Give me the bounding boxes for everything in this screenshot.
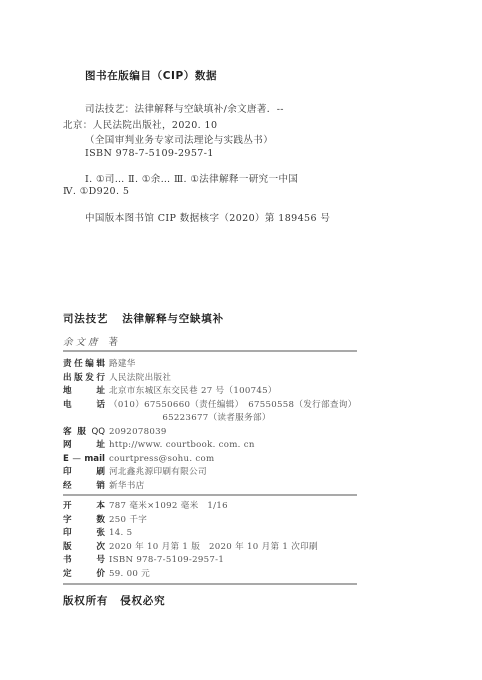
spec-label: 开本 (63, 500, 105, 513)
info-value: 2092078039 (109, 426, 167, 439)
author-line: 余文唐著 (63, 334, 121, 348)
website-link[interactable]: http://www. courtbook. com. cn (109, 439, 255, 452)
copyright-notice: 版权所有侵权必究 (63, 593, 165, 608)
info-value: （010）67550660（责任编辑） 67550558（发行部查询） (109, 399, 357, 412)
divider-3 (63, 583, 357, 585)
info-value: 人民法院出版社 (109, 372, 171, 385)
spec-label: 版次 (63, 541, 105, 554)
spec-value: ISBN 978-7-5109-2957-1 (109, 554, 224, 567)
divider-2 (63, 494, 357, 496)
spec-label: 印张 (63, 527, 105, 540)
cip-heading: 图书在版编目（CIP）数据 (85, 68, 217, 83)
info-label: 经销 (63, 480, 105, 493)
cip-line-1: 司法技艺：法律解释与空缺填补/余文唐著．-- (85, 101, 284, 115)
cip-classification-2: Ⅳ. ①D920. 5 (63, 186, 129, 197)
spec-value: 59. 00 元 (109, 568, 150, 581)
author-role: 著 (109, 337, 122, 348)
info-value: 路建华 (109, 358, 136, 371)
info-value: 新华书店 (109, 480, 145, 493)
cip-line-3: （全国审判业务专家司法理论与实践丛书） (85, 132, 273, 146)
spec-label: 书号 (63, 554, 105, 567)
info-label: 客服QQ (63, 426, 105, 439)
copyright-part-1: 版权所有 (63, 595, 108, 607)
cip-classification-1: Ⅰ. ①司… Ⅱ. ①余… Ⅲ. ①法律解释一研究一中国 (85, 171, 298, 185)
spec-value: 14. 5 (109, 527, 132, 540)
divider-1 (63, 350, 357, 352)
info-value: 河北鑫兆源印刷有限公司 (109, 466, 207, 479)
cip-isbn: ISBN 978-7-5109-2957-1 (85, 148, 214, 159)
spec-value: 250 千字 (109, 514, 147, 527)
cip-number: 中国版本图书馆 CIP 数据核字（2020）第 189456 号 (85, 210, 330, 224)
info-value: 北京市东城区东交民巷 27 号（100745） (109, 385, 277, 398)
info-value: 65223677（读者服务部） (109, 412, 271, 425)
book-title-main: 司法技艺 (63, 313, 108, 325)
spec-label: 字数 (63, 514, 105, 527)
spec-label: 定价 (63, 568, 105, 581)
info-label: 印刷 (63, 466, 105, 479)
info-label: E—mail (63, 453, 105, 466)
author-name: 余文唐 (63, 337, 101, 348)
copyright-part-2: 侵权必究 (120, 595, 165, 607)
spec-value: 787 毫米×1092 毫米 1/16 (109, 500, 228, 513)
info-label: 电话 (63, 399, 105, 412)
info-label: 地址 (63, 385, 105, 398)
book-title: 司法技艺法律解释与空缺填补 (63, 311, 224, 326)
info-label: 网址 (63, 439, 105, 452)
email-link[interactable]: courtpress@sohu. com (109, 453, 214, 466)
info-label: 出版发行 (63, 372, 105, 385)
spec-value: 2020 年 10 月第 1 版 2020 年 10 月第 1 次印刷 (109, 541, 318, 554)
cip-line-2: 北京：人民法院出版社，2020. 10 (63, 117, 217, 131)
book-title-sub: 法律解释与空缺填补 (122, 313, 224, 325)
info-label: 责任编辑 (63, 358, 105, 371)
